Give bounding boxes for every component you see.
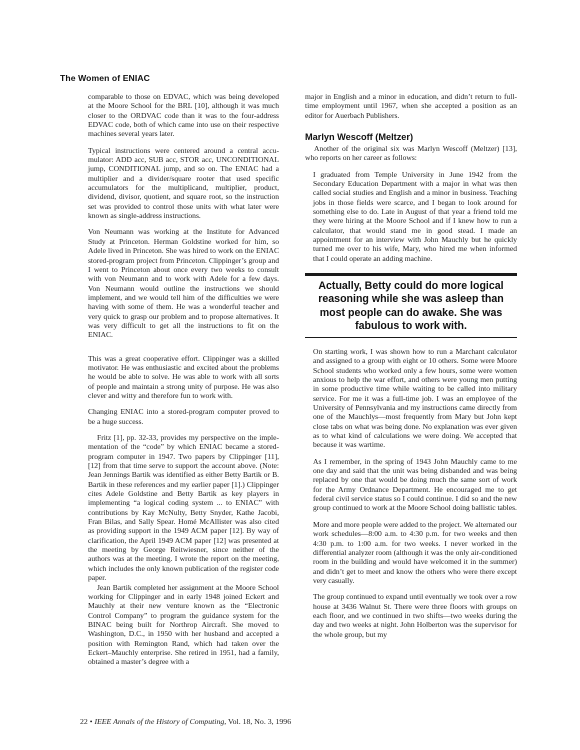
running-title: The Women of ENIAC [60,73,150,83]
quote-paragraph: More and more people were added to the p… [313,520,517,585]
journal-name: IEEE Annals of the History of Computing [94,717,224,726]
left-column: comparable to those on EDVAC, which was … [88,92,279,674]
body-paragraph: Jean Bartik completed her assignment at … [88,583,279,667]
pull-quote: Actually, Betty could do more logical re… [305,273,517,338]
quote-paragraph: I graduated from Temple University in Ju… [313,170,517,263]
body-paragraph: Fritz [1], pp. 32-33, provides my perspe… [88,433,279,583]
body-paragraph: major in English and a minor in educatio… [305,92,517,120]
body-paragraph: Von Neumann was working at the Institute… [88,227,279,339]
bullet-separator: • [90,717,93,726]
quote-paragraph: On starting work, I was shown how to run… [313,347,517,450]
quote-paragraph: The group continued to expand until even… [313,592,517,639]
section-heading: Marlyn Wescoff (Meltzer) [305,132,517,143]
issue-info: , Vol. 18, No. 3, 1996 [224,717,291,726]
quote-paragraph: As I remember, in the spring of 1943 Joh… [313,457,517,513]
body-paragraph: Typical instructions were centered aroun… [88,146,279,221]
page-footer: 22 • IEEE Annals of the History of Compu… [80,717,291,726]
body-paragraph: comparable to those on EDVAC, which was … [88,92,279,139]
body-paragraph: Changing ENIAC into a stored-program com… [88,407,279,426]
right-column: major in English and a minor in educatio… [305,92,517,646]
page-number: 22 [80,717,88,726]
body-paragraph: This was a great cooperative effort. Cli… [88,354,279,401]
intro-paragraph: Another of the original six was Marlyn W… [305,144,517,163]
